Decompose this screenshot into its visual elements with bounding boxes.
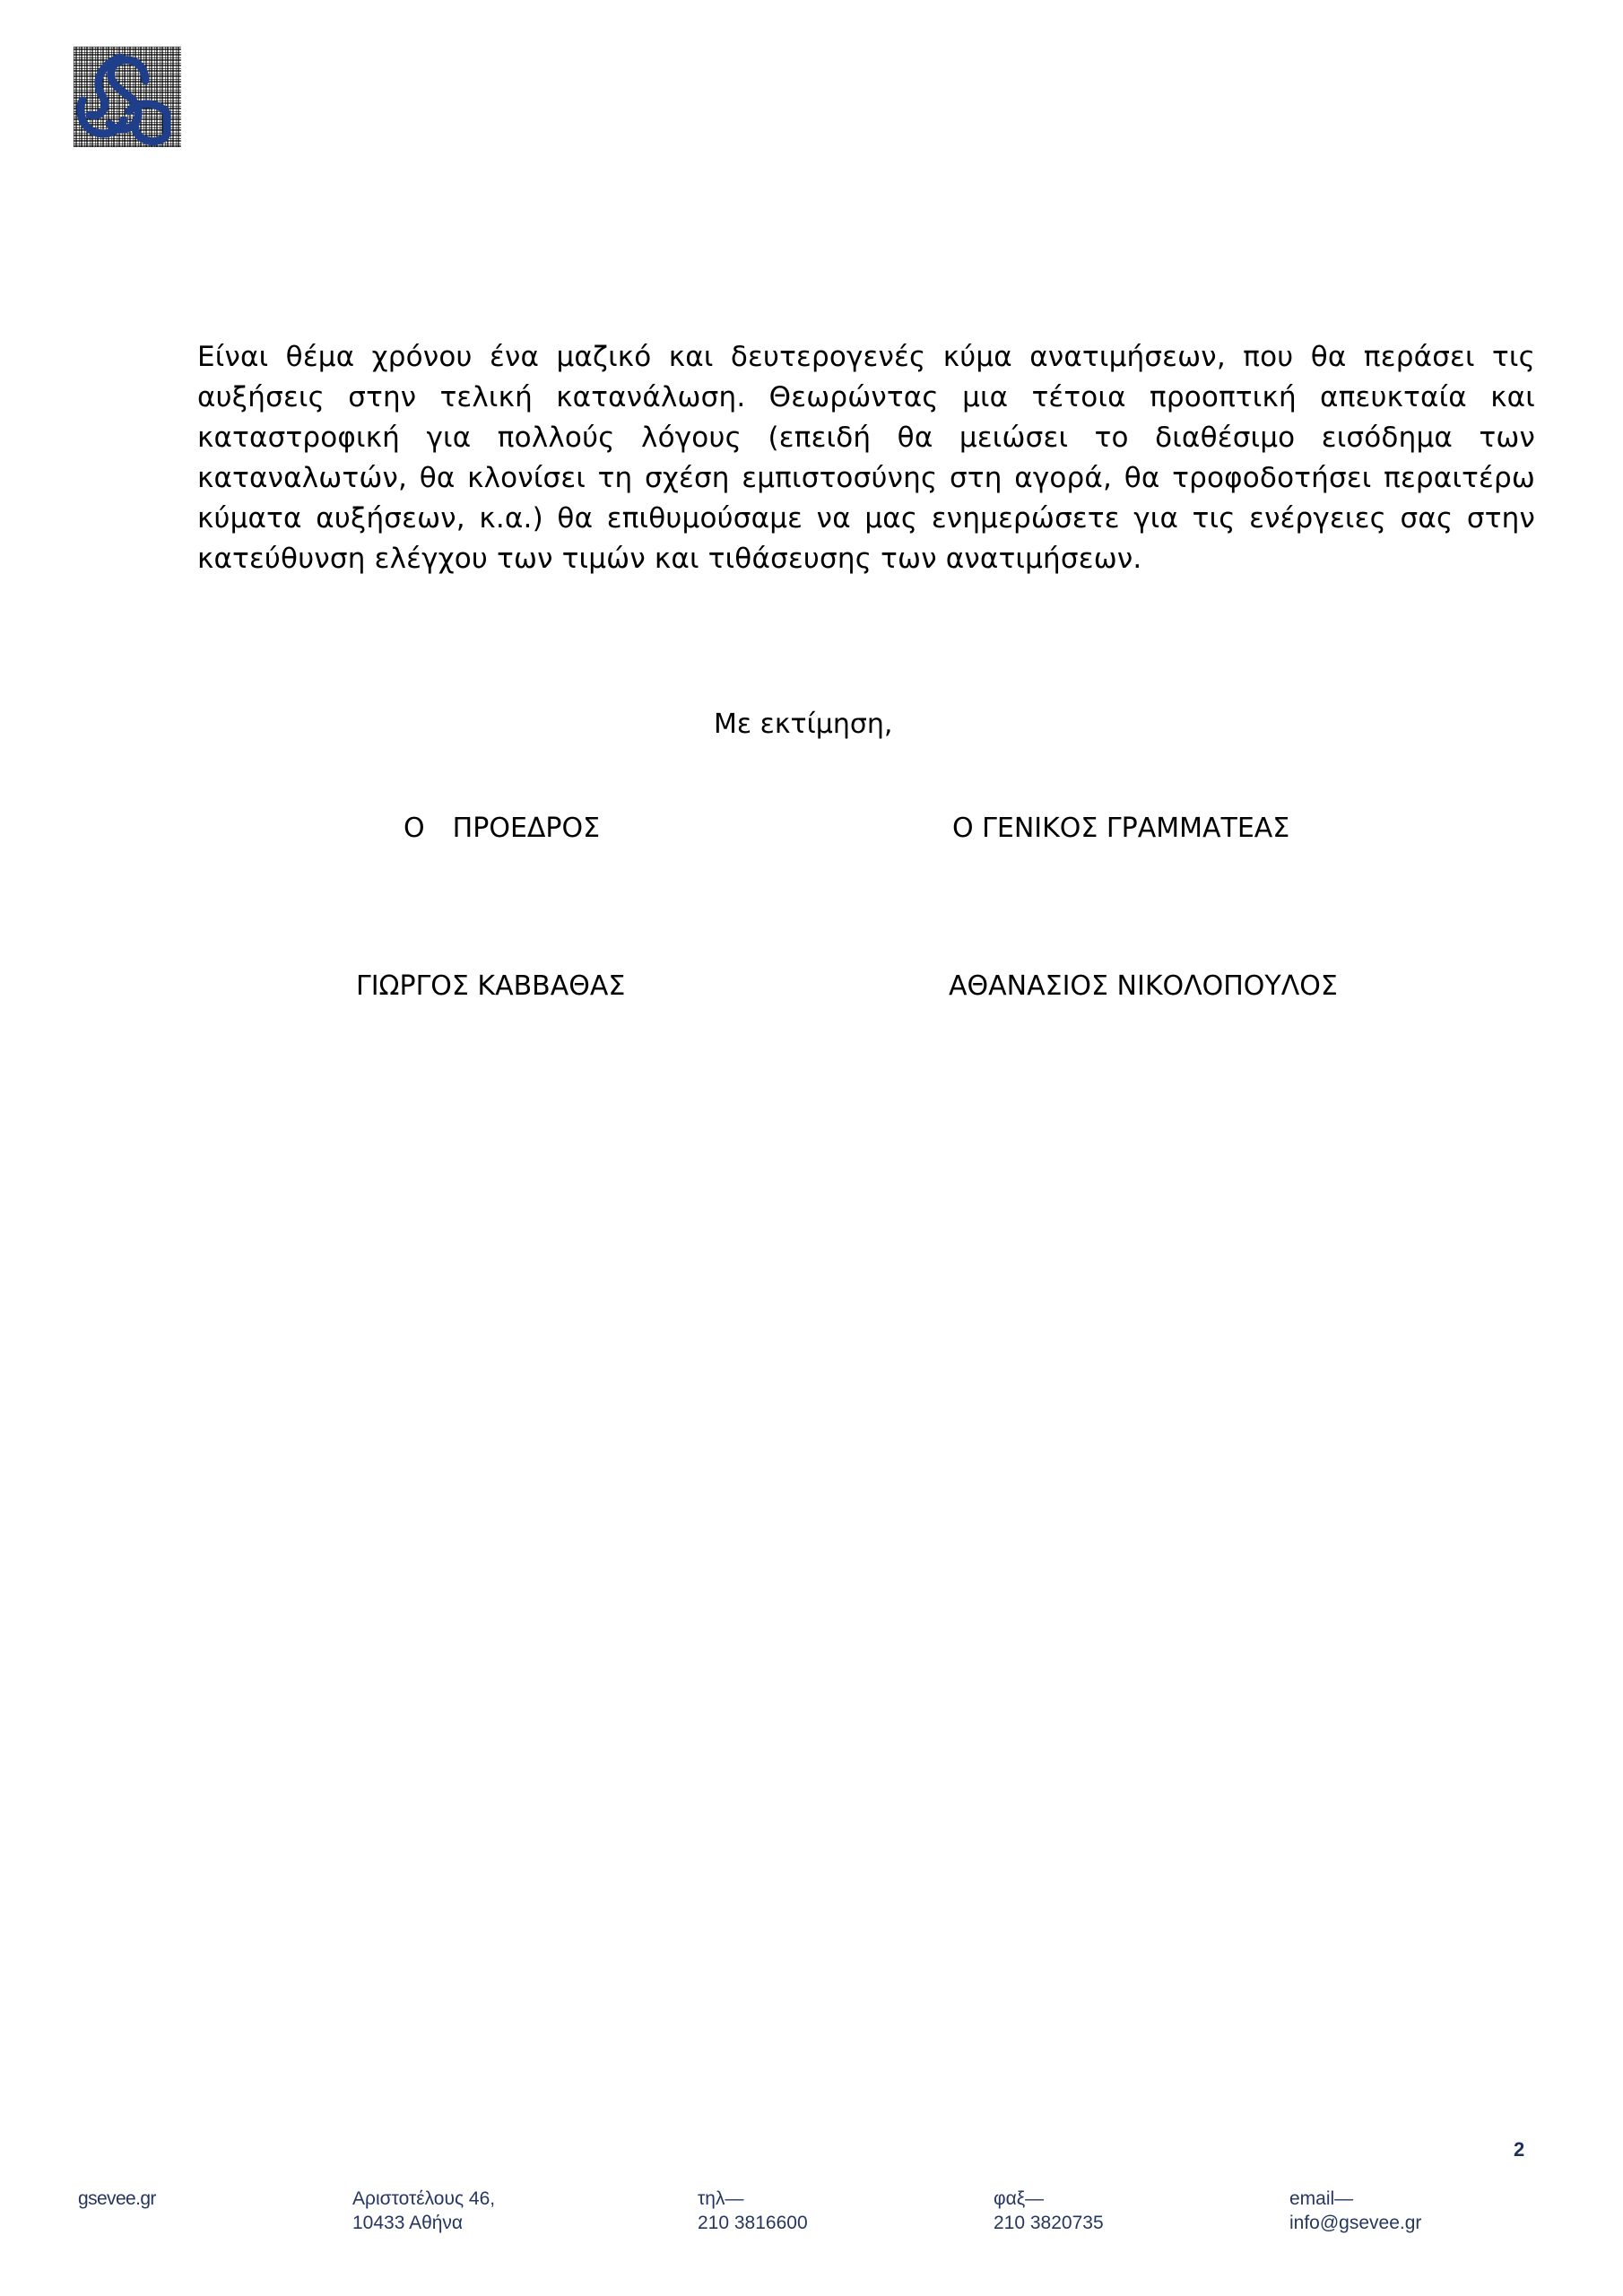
email-label: email— [1289, 2187, 1421, 2211]
signatory-title-secretary-general: Ο ΓΕΝΙΚΟΣ ΓΡΑΜΜΑΤΕΑΣ [952, 813, 1289, 844]
address-line1: Αριστοτέλους 46, [352, 2187, 495, 2211]
fax-number: 210 3820735 [994, 2211, 1104, 2235]
website-link[interactable]: gsevee.gr [78, 2187, 156, 2211]
footer-phone: τηλ— 210 3816600 [698, 2187, 808, 2235]
footer-email: email— info@gsevee.gr [1289, 2187, 1421, 2235]
fax-label: φαξ— [994, 2187, 1104, 2211]
footer-address: Αριστοτέλους 46, 10433 Αθήνα [352, 2187, 495, 2235]
signatory-name-president: ΓΙΩΡΓΟΣ ΚΑΒΒΑΘΑΣ [356, 970, 625, 1002]
address-line2: 10433 Αθήνα [352, 2211, 495, 2235]
phone-number: 210 3816600 [698, 2211, 808, 2235]
phone-label: τηλ— [698, 2187, 808, 2211]
letter-body: Είναι θέμα χρόνου ένα μαζικό και δευτερο… [197, 337, 1535, 579]
letter-closing: Με εκτίμηση, [714, 709, 892, 740]
gsevee-logo-icon [74, 47, 181, 147]
page-number: 2 [1514, 2138, 1524, 2161]
footer-website[interactable]: gsevee.gr [78, 2187, 156, 2211]
signatory-name-secretary-general: ΑΘΑΝΑΣΙΟΣ ΝΙΚΟΛΟΠΟΥΛΟΣ [949, 970, 1338, 1002]
email-link[interactable]: info@gsevee.gr [1289, 2211, 1421, 2235]
signatory-title-president: Ο ΠΡΟΕΔΡΟΣ [404, 813, 600, 844]
footer: gsevee.gr Αριστοτέλους 46, 10433 Αθήνα τ… [0, 2187, 1623, 2240]
footer-fax: φαξ— 210 3820735 [994, 2187, 1104, 2235]
